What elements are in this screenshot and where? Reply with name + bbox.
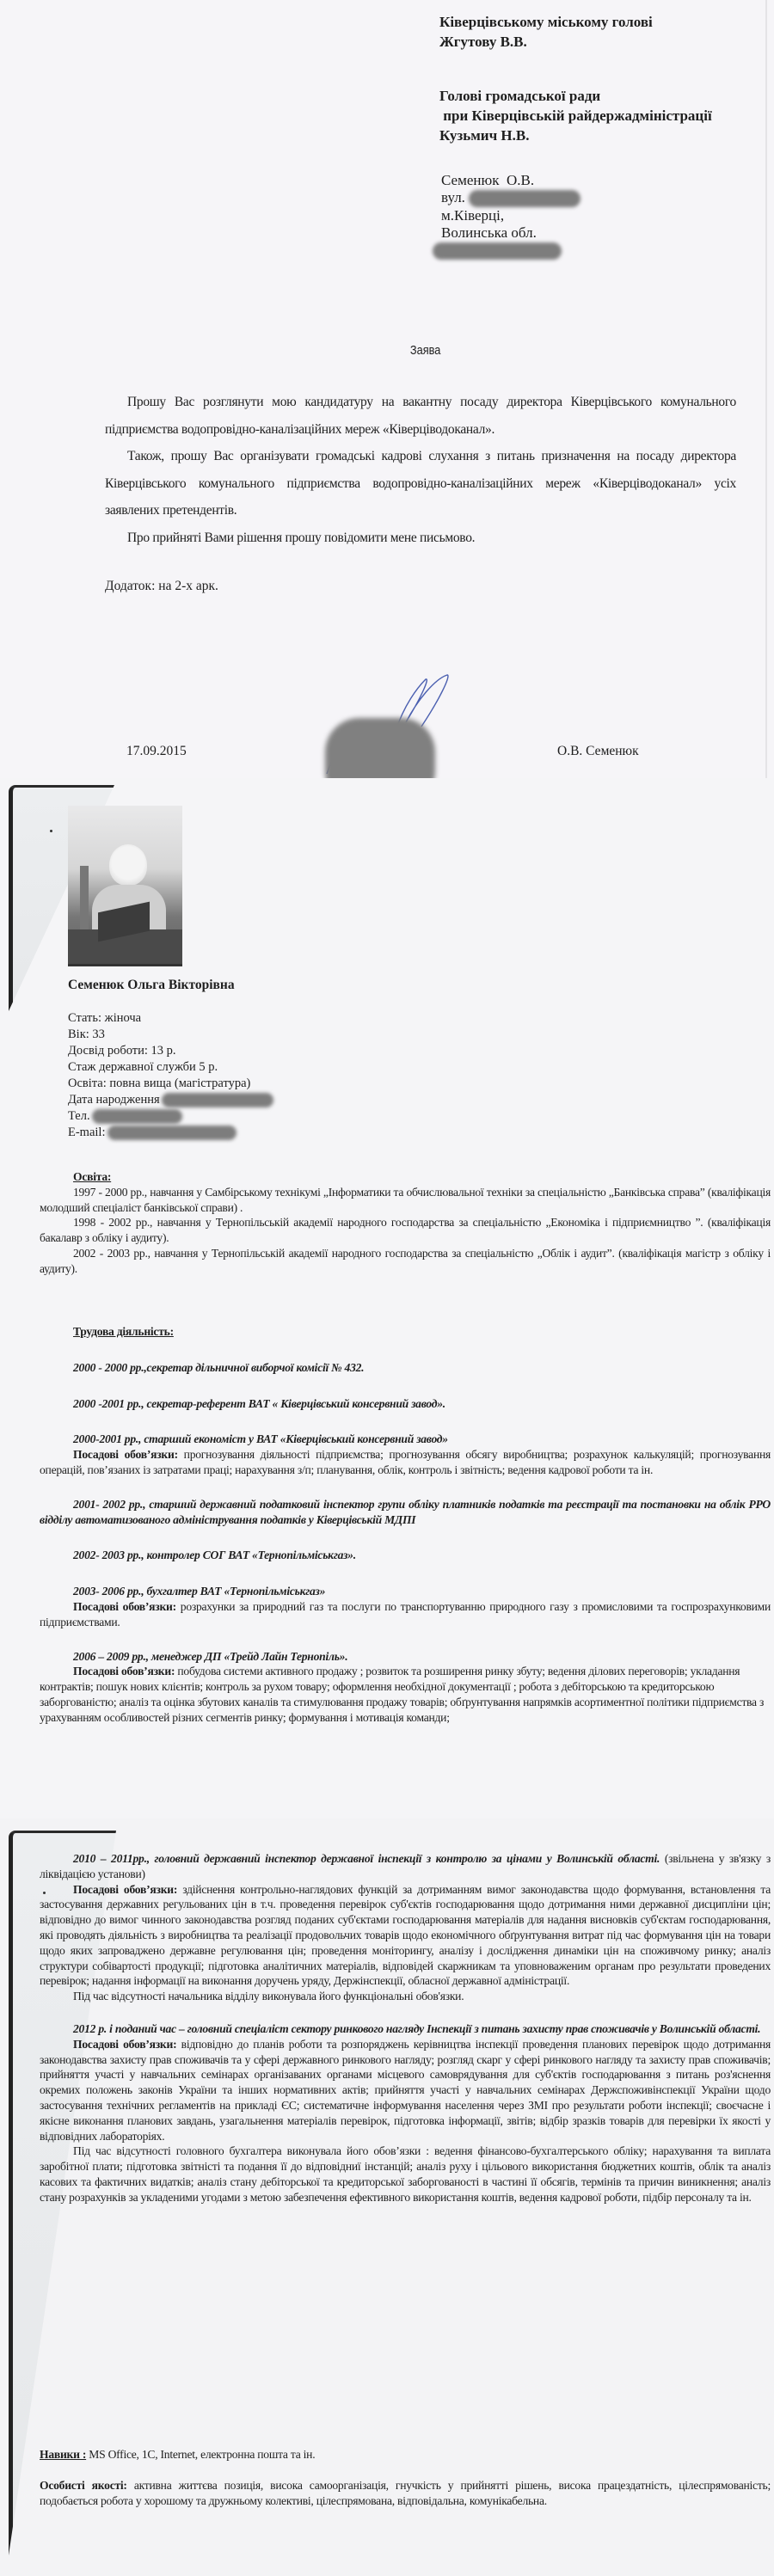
skills-line: Навики : MS Office, 1С, Internet, електр…	[40, 2447, 771, 2463]
fact-birthdate: Дата народження	[68, 1092, 273, 1108]
cv-facts: Стать: жіноча Вік: 33 Досвід роботи: 13 …	[68, 1010, 273, 1141]
education-section: Освіта: 1997 - 2000 рр., навчання у Самб…	[40, 1169, 771, 1277]
education-heading: Освіта:	[73, 1169, 771, 1185]
annex-note: Додаток: на 2-х арк.	[105, 579, 218, 594]
skills-section: Навики : MS Office, 1С, Internet, електр…	[40, 2447, 771, 2508]
signature-date: 17.09.2015	[126, 744, 187, 759]
redaction	[107, 1125, 236, 1140]
scan-speck	[50, 830, 52, 832]
letter-body: Прошу Вас розглянути мою кандидатуру на …	[105, 389, 736, 551]
work-section-continued: 2010 – 2011рр., головний державний інспе…	[40, 1851, 771, 2205]
job-title: 2000-2001 рр., старший економіст у ВАТ «…	[40, 1432, 771, 1447]
redacted-signature	[325, 718, 435, 778]
job-title: 2003- 2006 рр., бухгалтер ВАТ «Тернопіль…	[40, 1584, 771, 1599]
job-title: 2006 – 2009 рр., менеджер ДП «Трейд Лайн…	[40, 1649, 771, 1665]
profile-photo	[68, 806, 182, 966]
job-title: 2000 - 2000 рр.,секретар дільничної вибо…	[40, 1360, 771, 1376]
qualities-label: Особисті якості:	[40, 2479, 127, 2492]
sender-name: Семенюк О.В.	[441, 172, 580, 189]
page-cv-1: Семенюк Ольга Вікторівна Стать: жіноча В…	[0, 778, 774, 1819]
redaction	[433, 242, 562, 260]
addressee-council: Голові громадської ради при Ківерцівські…	[439, 86, 712, 145]
skills-value: MS Office, 1С, Internet, електронна пошт…	[86, 2448, 315, 2461]
page-application-letter: Ківерцівському міському голові Жгутову В…	[0, 0, 774, 778]
job-title: 2010 – 2011рр., головний державний інспе…	[73, 1852, 660, 1865]
letter-paragraph: Прошу Вас розглянути мою кандидатуру на …	[105, 389, 736, 443]
signature-name: О.В. Семенюк	[557, 744, 639, 759]
addressee-line: Жгутову В.В.	[439, 32, 653, 52]
fact-phone: Тел.	[68, 1108, 273, 1125]
qualities-line: Особисті якості: активна життєва позиція…	[40, 2478, 771, 2509]
document-title: Заява	[58, 343, 774, 358]
page-cv-2: 2010 – 2011рр., головний державний інспе…	[0, 1819, 774, 2576]
fact-gender: Стать: жіноча	[68, 1010, 273, 1027]
sender-city: м.Ківерці,	[441, 207, 580, 224]
addressee-line: при Ківерцівській райдержадміністрації	[439, 106, 712, 126]
fact-experience: Досвід роботи: 13 р.	[68, 1043, 273, 1059]
job-extra: Під час відсутності головного бухгалтера…	[40, 2144, 771, 2205]
education-item: 1998 - 2002 рр., навчання у Тернопільськ…	[40, 1215, 771, 1246]
fact-email: E-mail:	[68, 1125, 273, 1141]
redacted-street	[469, 190, 580, 207]
cv-full-name: Семенюк Ольга Вікторівна	[68, 978, 235, 993]
job-entry: 2010 – 2011рр., головний державний інспе…	[40, 1851, 771, 1882]
job-title: 2000 -2001 рр., секретар-референт ВАТ « …	[40, 1396, 771, 1412]
job-duties: Посадові обов’язки: побудова системи акт…	[40, 1664, 771, 1725]
education-item: 2002 - 2003 рр., навчання у Тернопільськ…	[40, 1246, 771, 1277]
job-duties: Посадові обов’язки: розрахунки за природ…	[40, 1599, 771, 1630]
street-label: вул.	[441, 189, 465, 205]
job-extra: Під час відсутності начальника відділу в…	[40, 1989, 771, 2004]
redaction	[92, 1109, 182, 1124]
sender-street: вул.	[441, 189, 580, 207]
letter-paragraph: Про прийняті Вами рішення прошу повідоми…	[105, 524, 736, 552]
job-duties: Посадові обов’язки: прогнозування діяльн…	[40, 1447, 771, 1478]
addressee-mayor: Ківерцівському міському голові Жгутову В…	[439, 12, 653, 52]
fact-education: Освіта: повна вища (магістратура)	[68, 1076, 273, 1092]
work-heading: Трудова діяльність:	[73, 1324, 771, 1340]
redaction	[162, 1093, 273, 1107]
sender-region: Волинська обл.	[441, 224, 580, 242]
addressee-line: Ківерцівському міському голові	[439, 12, 653, 32]
letter-paragraph: Також, прошу Вас організувати громадські…	[105, 443, 736, 524]
fact-age: Вік: 33	[68, 1027, 273, 1043]
job-title: 2002- 2003 рр., контролер СОГ ВАТ «Терно…	[40, 1548, 771, 1563]
work-section: Трудова діяльність: 2000 - 2000 рр.,секр…	[40, 1324, 771, 1726]
redacted-postcode	[441, 242, 580, 260]
education-item: 1997 - 2000 рр., навчання у Самбірському…	[40, 1185, 771, 1216]
addressee-line: Голові громадської ради	[439, 86, 712, 106]
qualities-value: активна життєва позиція, висока самоорга…	[40, 2479, 771, 2507]
job-title: 2012 р. і поданий час – головний спеціал…	[40, 2021, 771, 2037]
job-duties: Посадові обов’язки: відповідно до планів…	[40, 2037, 771, 2144]
photo-head	[109, 844, 147, 886]
fact-civil-service: Стаж державної служби 5 р.	[68, 1059, 273, 1076]
job-title: 2001- 2002 рр., старший державний податк…	[40, 1497, 771, 1528]
job-duties: Посадові обов’язки: здійснення контрольн…	[40, 1882, 771, 1990]
sender-block: Семенюк О.В. вул. м.Ківерці, Волинська о…	[441, 172, 580, 260]
addressee-line: Кузьмич Н.В.	[439, 126, 712, 145]
skills-label: Навики :	[40, 2448, 86, 2461]
